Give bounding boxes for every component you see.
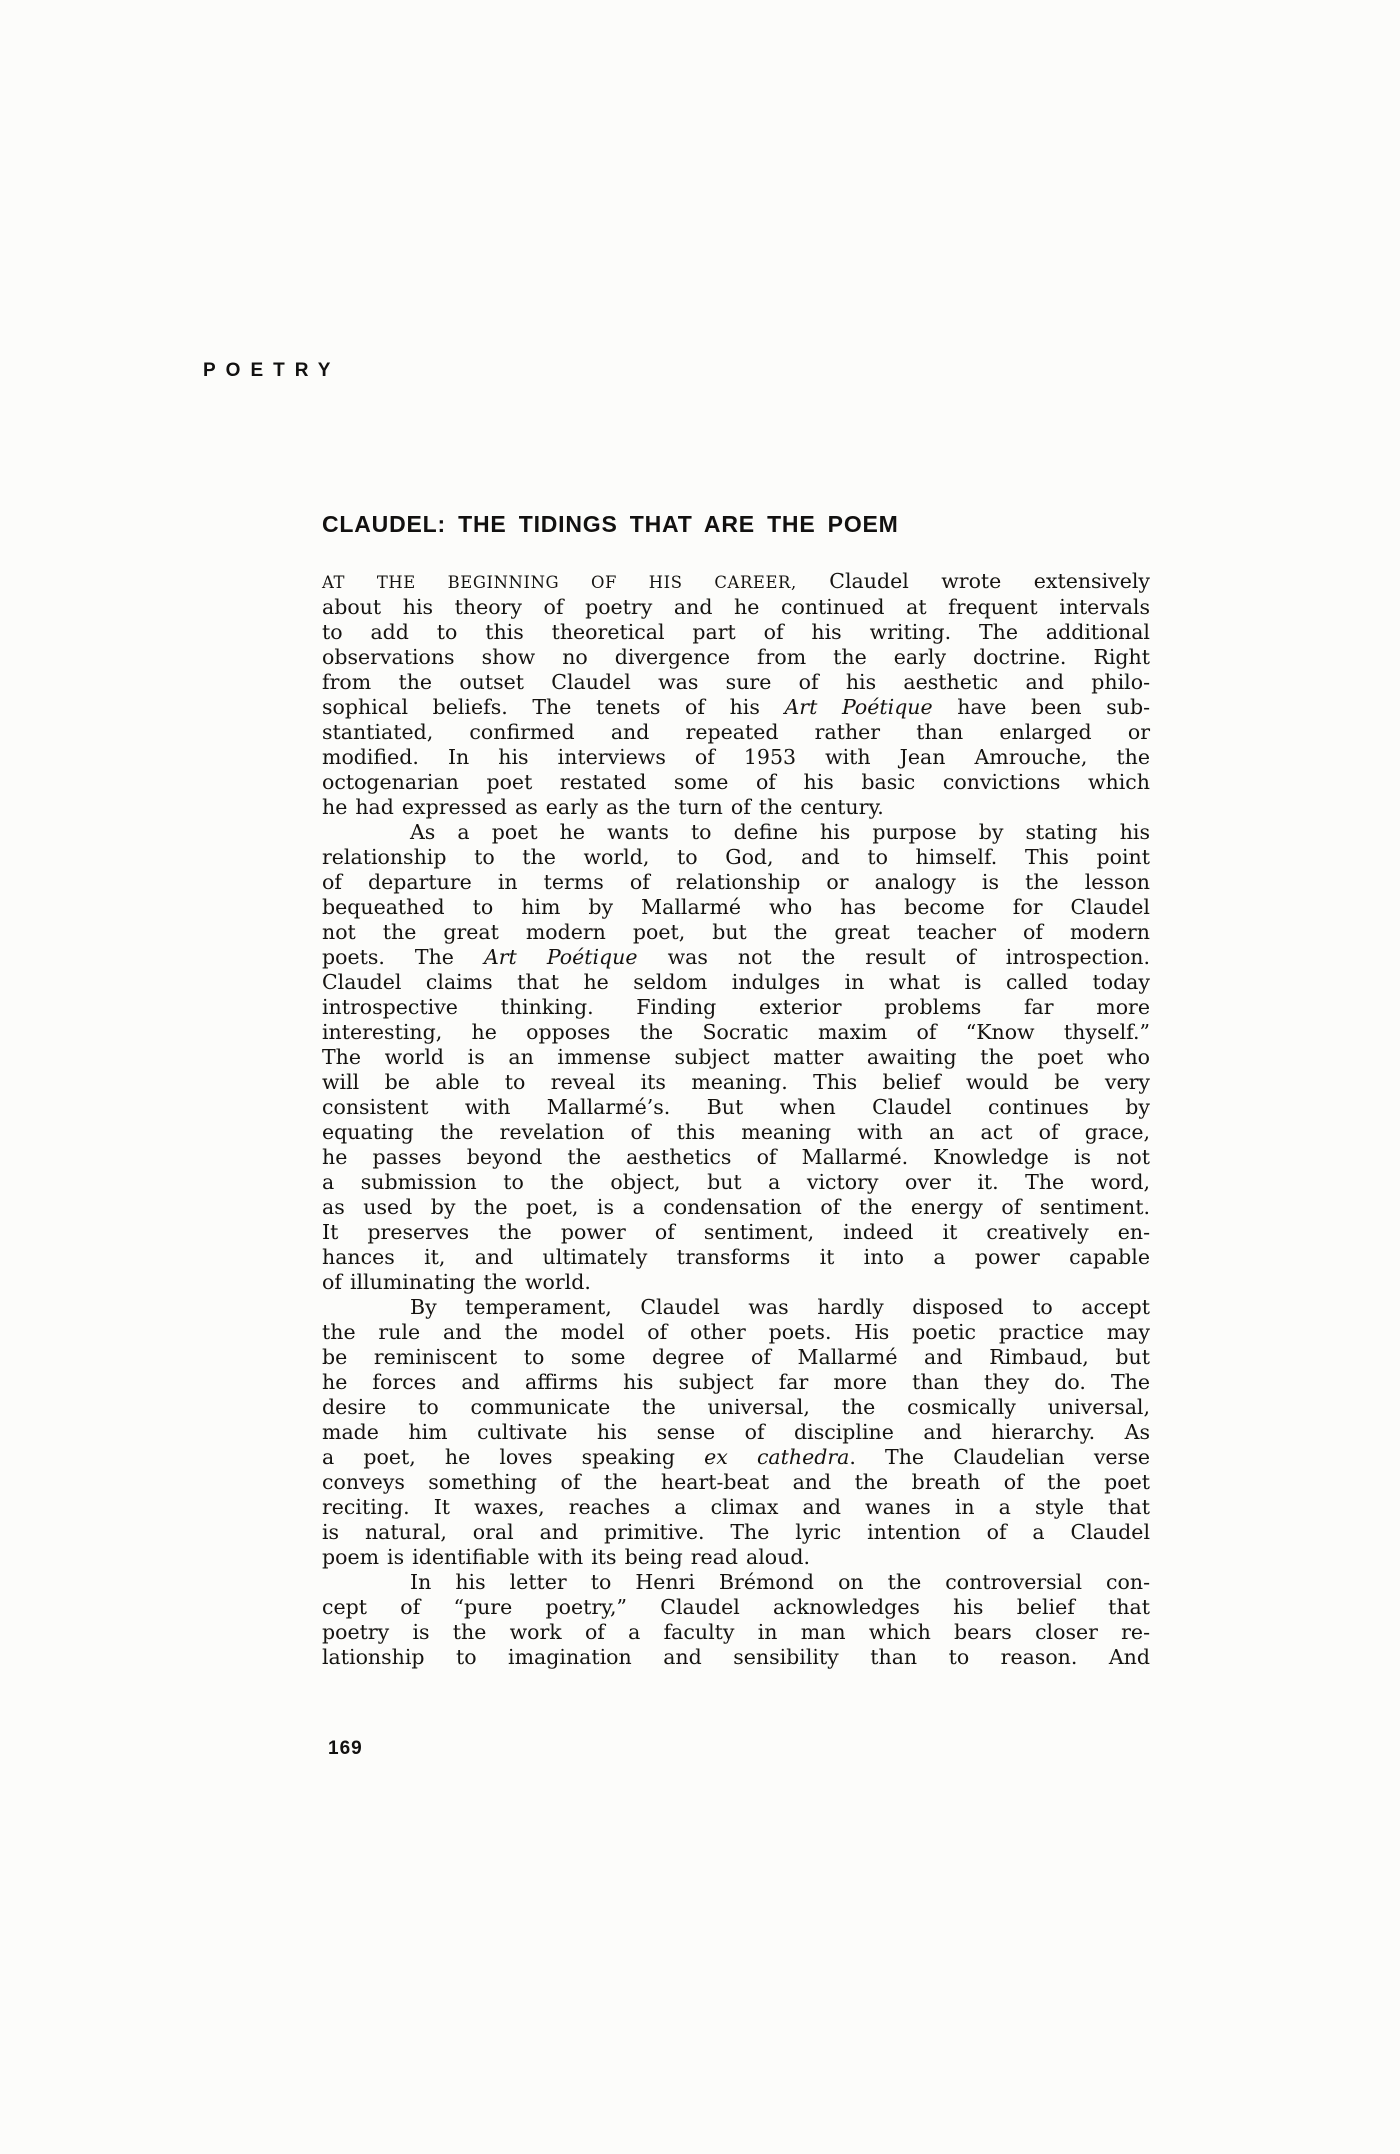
text-line: as used by the poet, is a condensation o…	[322, 1195, 1150, 1220]
body-text: desire to communicate the universal, the…	[322, 1395, 1150, 1419]
text-line: relationship to the world, to God, and t…	[322, 845, 1150, 870]
text-line: AT THE BEGINNING OF HIS CAREER, Claudel …	[322, 569, 1150, 595]
text-line: modified. In his interviews of 1953 with…	[322, 745, 1150, 770]
text-line: will be able to reveal its meaning. This…	[322, 1070, 1150, 1095]
body-text: As a poet he wants to define his purpose…	[410, 820, 1150, 844]
body-text: the rule and the model of other poets. H…	[322, 1320, 1150, 1344]
article-title: CLAUDEL: THE TIDINGS THAT ARE THE POEM	[322, 511, 1152, 538]
text-line: not the great modern poet, but the great…	[322, 920, 1150, 945]
body-text: lationship to imagination and sensibilit…	[322, 1645, 1150, 1669]
body-text: The world is an immense subject matter a…	[322, 1045, 1150, 1069]
body-text: he had expressed as early as the turn of…	[322, 795, 884, 819]
body-text: he passes beyond the aesthetics of Malla…	[322, 1145, 1150, 1169]
text-line: By temperament, Claudel was hardly dispo…	[322, 1295, 1150, 1320]
text-line: of departure in terms of relationship or…	[322, 870, 1150, 895]
article-body: AT THE BEGINNING OF HIS CAREER, Claudel …	[322, 569, 1150, 1670]
text-line: The world is an immense subject matter a…	[322, 1045, 1150, 1070]
body-text: consistent with Mallarmé’s. But when Cla…	[322, 1095, 1150, 1119]
text-line: about his theory of poetry and he contin…	[322, 595, 1150, 620]
body-text: not the great modern poet, but the great…	[322, 920, 1150, 944]
body-text: introspective thinking. Finding exterior…	[322, 995, 1150, 1019]
body-text: It preserves the power of sentiment, ind…	[322, 1220, 1150, 1244]
body-text: as used by the poet, is a condensation o…	[322, 1195, 1150, 1219]
text-line: he forces and affirms his subject far mo…	[322, 1370, 1150, 1395]
body-text: be reminiscent to some degree of Mallarm…	[322, 1345, 1150, 1369]
body-text: In his letter to Henri Brémond on the co…	[410, 1570, 1150, 1594]
text-line: of illuminating the world.	[322, 1270, 1150, 1295]
body-text: Claudel claims that he seldom indulges i…	[322, 970, 1150, 994]
page-number: 169	[328, 1738, 363, 1760]
body-text: bequeathed to him by Mallarmé who has be…	[322, 895, 1150, 919]
body-text: relationship to the world, to God, and t…	[322, 845, 1150, 869]
text-line: consistent with Mallarmé’s. But when Cla…	[322, 1095, 1150, 1120]
body-text: he forces and affirms his subject far mo…	[322, 1370, 1150, 1394]
body-text: stantiated, confirmed and repeated rathe…	[322, 720, 1150, 744]
text-line: a submission to the object, but a victor…	[322, 1170, 1150, 1195]
body-text: to add to this theoretical part of his w…	[322, 620, 1150, 644]
body-text: interesting, he opposes the Socratic max…	[322, 1020, 1150, 1044]
body-text: hances it, and ultimately transforms it …	[322, 1245, 1150, 1269]
text-line: In his letter to Henri Brémond on the co…	[322, 1570, 1150, 1595]
text-line: As a poet he wants to define his purpose…	[322, 820, 1150, 845]
text-line: the rule and the model of other poets. H…	[322, 1320, 1150, 1345]
body-text: a submission to the object, but a victor…	[322, 1170, 1150, 1194]
body-text: of illuminating the world.	[322, 1270, 591, 1294]
italic-text: Art Poétique	[785, 695, 933, 719]
italic-text: Art Poétique	[484, 945, 638, 969]
body-text: observations show no divergence from the…	[322, 645, 1150, 669]
text-line: conveys something of the heart-beat and …	[322, 1470, 1150, 1495]
text-line: bequeathed to him by Mallarmé who has be…	[322, 895, 1150, 920]
body-text: modified. In his interviews of 1953 with…	[322, 745, 1150, 769]
body-text: made him cultivate his sense of discipli…	[322, 1420, 1150, 1444]
body-text: is natural, oral and primitive. The lyri…	[322, 1520, 1150, 1544]
book-page: POETRY CLAUDEL: THE TIDINGS THAT ARE THE…	[0, 0, 1400, 2154]
body-text: equating the revelation of this meaning …	[322, 1120, 1150, 1144]
text-line: interesting, he opposes the Socratic max…	[322, 1020, 1150, 1045]
body-text: cept of “pure poetry,” Claudel acknowled…	[322, 1595, 1150, 1619]
text-line: introspective thinking. Finding exterior…	[322, 995, 1150, 1020]
body-text: By temperament, Claudel was hardly dispo…	[410, 1295, 1150, 1319]
text-line: desire to communicate the universal, the…	[322, 1395, 1150, 1420]
text-line: observations show no divergence from the…	[322, 645, 1150, 670]
body-text: a poet, he loves speaking	[322, 1445, 704, 1469]
text-line: poetry is the work of a faculty in man w…	[322, 1620, 1150, 1645]
text-line: poets. The Art Poétique was not the resu…	[322, 945, 1150, 970]
body-text: have been sub-	[933, 695, 1150, 719]
text-line: lationship to imagination and sensibilit…	[322, 1645, 1150, 1670]
body-text: poem is identifiable with its being read…	[322, 1545, 810, 1569]
smallcaps-text: AT THE BEGINNING OF HIS CAREER,	[322, 573, 797, 592]
text-line: stantiated, confirmed and repeated rathe…	[322, 720, 1150, 745]
body-text: sophical beliefs. The tenets of his	[322, 695, 785, 719]
text-line: poem is identifiable with its being read…	[322, 1545, 1150, 1570]
text-line: is natural, oral and primitive. The lyri…	[322, 1520, 1150, 1545]
text-line: be reminiscent to some degree of Mallarm…	[322, 1345, 1150, 1370]
body-text: was not the result of introspection.	[638, 945, 1150, 969]
text-line: made him cultivate his sense of discipli…	[322, 1420, 1150, 1445]
text-line: to add to this theoretical part of his w…	[322, 620, 1150, 645]
text-line: he passes beyond the aesthetics of Malla…	[322, 1145, 1150, 1170]
text-line: It preserves the power of sentiment, ind…	[322, 1220, 1150, 1245]
italic-text: ex cathedra	[704, 1445, 849, 1469]
text-line: equating the revelation of this meaning …	[322, 1120, 1150, 1145]
section-header: POETRY	[203, 360, 340, 382]
text-line: from the outset Claudel was sure of his …	[322, 670, 1150, 695]
text-line: octogenarian poet restated some of his b…	[322, 770, 1150, 795]
body-text: about his theory of poetry and he contin…	[322, 595, 1150, 619]
text-line: cept of “pure poetry,” Claudel acknowled…	[322, 1595, 1150, 1620]
text-line: he had expressed as early as the turn of…	[322, 795, 1150, 820]
text-line: reciting. It waxes, reaches a climax and…	[322, 1495, 1150, 1520]
text-line: a poet, he loves speaking ex cathedra. T…	[322, 1445, 1150, 1470]
body-text: will be able to reveal its meaning. This…	[322, 1070, 1150, 1094]
text-line: hances it, and ultimately transforms it …	[322, 1245, 1150, 1270]
body-text: octogenarian poet restated some of his b…	[322, 770, 1150, 794]
body-text: . The Claudelian verse	[849, 1445, 1150, 1469]
text-line: Claudel claims that he seldom indulges i…	[322, 970, 1150, 995]
text-line: sophical beliefs. The tenets of his Art …	[322, 695, 1150, 720]
body-text: conveys something of the heart-beat and …	[322, 1470, 1150, 1494]
body-text: from the outset Claudel was sure of his …	[322, 670, 1150, 694]
body-text: poetry is the work of a faculty in man w…	[322, 1620, 1150, 1644]
body-text: poets. The	[322, 945, 484, 969]
body-text: of departure in terms of relationship or…	[322, 870, 1150, 894]
body-text: reciting. It waxes, reaches a climax and…	[322, 1495, 1150, 1519]
body-text: Claudel wrote extensively	[797, 569, 1150, 593]
